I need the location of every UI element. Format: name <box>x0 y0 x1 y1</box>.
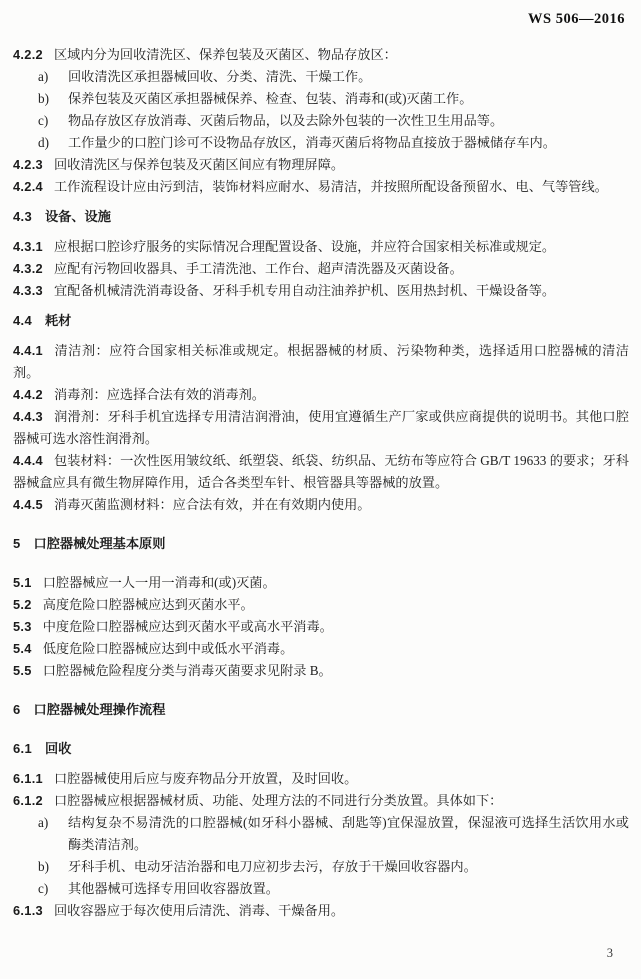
clause-text: 高度危险口腔器械应达到灭菌水平。 <box>43 597 254 612</box>
clause-number: 4.3.3 <box>13 283 43 298</box>
list-item-text: 牙科手机、电动牙洁治器和电刀应初步去污，存放于干燥回收容器内。 <box>68 859 477 874</box>
list-item-6-1-2-c: c)其他器械可选择专用回收容器放置。 <box>13 878 629 900</box>
clause-number: 4.4.4 <box>13 453 43 468</box>
clause-number: 4.4.2 <box>13 387 43 402</box>
clause-text: 消毒剂：应选择合法有效的消毒剂。 <box>54 387 265 402</box>
clause-number: 4.2.4 <box>13 179 43 194</box>
clause-text: 回收容器应于每次使用后清洗、消毒、干燥备用。 <box>54 903 344 918</box>
list-item-label: b) <box>38 88 49 110</box>
heading-text: 耗材 <box>45 313 71 328</box>
clause-text: 清洁剂：应符合国家相关标准或规定。根据器械的材质、污染物种类，选择适用口腔器械的… <box>13 343 629 380</box>
clause-text: 回收清洗区与保养包装及灭菌区间应有物理屏障。 <box>54 157 344 172</box>
clause-4-4-2: 4.4.2消毒剂：应选择合法有效的消毒剂。 <box>13 384 629 406</box>
page-number: 3 <box>607 946 613 961</box>
list-item-label: a) <box>38 812 48 834</box>
document-page: WS 506—2016 4.2.2区域内分为回收清洗区、保养包装及灭菌区、物品存… <box>0 0 641 979</box>
section-heading-4-3: 4.3设备、设施 <box>13 206 629 228</box>
list-item-text: 工作量少的口腔门诊可不设物品存放区，消毒灭菌后将物品直接放于器械储存车内。 <box>68 135 556 150</box>
clause-number: 4.3.1 <box>13 239 43 254</box>
list-item-label: d) <box>38 132 49 154</box>
clause-4-4-3: 4.4.3润滑剂：牙科手机宜选择专用清洁润滑油，使用宜遵循生产厂家或供应商提供的… <box>13 406 629 450</box>
heading-number: 6.1 <box>13 741 32 756</box>
list-item-4-2-2-c: c)物品存放区存放消毒、灭菌后物品，以及去除外包装的一次性卫生用品等。 <box>13 110 629 132</box>
list-item-label: b) <box>38 856 49 878</box>
clause-4-4-5: 4.4.5消毒灭菌监测材料：应合法有效，并在有效期内使用。 <box>13 494 629 516</box>
section-heading-6-1: 6.1回收 <box>13 738 629 760</box>
clause-5-3: 5.3中度危险口腔器械应达到灭菌水平或高水平消毒。 <box>13 616 629 638</box>
clause-number: 4.3.2 <box>13 261 43 276</box>
clause-text: 口腔器械应一人一用一消毒和(或)灭菌。 <box>43 575 276 590</box>
clause-text: 口腔器械使用后应与废弃物品分开放置，及时回收。 <box>54 771 357 786</box>
clause-4-4-4: 4.4.4包装材料：一次性医用皱纹纸、纸塑袋、纸袋、纺织品、无纺布等应符合 GB… <box>13 450 629 494</box>
list-item-text: 结构复杂不易清洗的口腔器械(如牙科小器械、刮匙等)宜保湿放置，保湿液可选择生活饮… <box>68 815 629 852</box>
heading-text: 口腔器械处理操作流程 <box>34 702 166 717</box>
clause-number: 5.3 <box>13 619 32 634</box>
clause-text: 润滑剂：牙科手机宜选择专用清洁润滑油，使用宜遵循生产厂家或供应商提供的说明书。其… <box>13 409 629 446</box>
clause-4-2-2: 4.2.2区域内分为回收清洗区、保养包装及灭菌区、物品存放区： <box>13 44 629 66</box>
list-item-4-2-2-d: d)工作量少的口腔门诊可不设物品存放区，消毒灭菌后将物品直接放于器械储存车内。 <box>13 132 629 154</box>
list-item-text: 回收清洗区承担器械回收、分类、清洗、干燥工作。 <box>68 69 371 84</box>
clause-6-1-1: 6.1.1口腔器械使用后应与废弃物品分开放置，及时回收。 <box>13 768 629 790</box>
clause-text: 宜配备机械清洗消毒设备、牙科手机专用自动注油养护机、医用热封机、干燥设备等。 <box>54 283 555 298</box>
clause-6-1-2: 6.1.2口腔器械应根据器械材质、功能、处理方法的不同进行分类放置。具体如下： <box>13 790 629 812</box>
chapter-heading-6: 6口腔器械处理操作流程 <box>13 699 629 721</box>
clause-5-4: 5.4低度危险口腔器械应达到中或低水平消毒。 <box>13 638 629 660</box>
list-item-label: c) <box>38 878 48 900</box>
list-item-text: 物品存放区存放消毒、灭菌后物品，以及去除外包装的一次性卫生用品等。 <box>68 113 503 128</box>
clause-text: 应根据口腔诊疗服务的实际情况合理配置设备、设施，并应符合国家相关标准或规定。 <box>54 239 555 254</box>
clause-text: 应配有污物回收器具、手工清洗池、工作台、超声清洗器及灭菌设备。 <box>54 261 463 276</box>
clause-5-1: 5.1口腔器械应一人一用一消毒和(或)灭菌。 <box>13 572 629 594</box>
clause-text: 中度危险口腔器械应达到灭菌水平或高水平消毒。 <box>43 619 333 634</box>
heading-number: 5 <box>13 536 21 551</box>
clause-5-5: 5.5口腔器械危险程度分类与消毒灭菌要求见附录 B。 <box>13 660 629 682</box>
clause-text: 消毒灭菌监测材料：应合法有效，并在有效期内使用。 <box>54 497 371 512</box>
clause-4-2-3: 4.2.3回收清洗区与保养包装及灭菌区间应有物理屏障。 <box>13 154 629 176</box>
heading-text: 口腔器械处理基本原则 <box>34 536 166 551</box>
clause-4-3-1: 4.3.1应根据口腔诊疗服务的实际情况合理配置设备、设施，并应符合国家相关标准或… <box>13 236 629 258</box>
list-item-label: a) <box>38 66 48 88</box>
clause-text: 低度危险口腔器械应达到中或低水平消毒。 <box>43 641 294 656</box>
clause-5-2: 5.2高度危险口腔器械应达到灭菌水平。 <box>13 594 629 616</box>
clause-number: 4.2.2 <box>13 47 43 62</box>
chapter-heading-5: 5口腔器械处理基本原则 <box>13 533 629 555</box>
clause-4-3-2: 4.3.2应配有污物回收器具、手工清洗池、工作台、超声清洗器及灭菌设备。 <box>13 258 629 280</box>
clause-6-1-3: 6.1.3回收容器应于每次使用后清洗、消毒、干燥备用。 <box>13 900 629 922</box>
clause-number: 6.1.2 <box>13 793 43 808</box>
clause-text: 口腔器械危险程度分类与消毒灭菌要求见附录 B。 <box>43 663 332 678</box>
list-item-4-2-2-b: b)保养包装及灭菌区承担器械保养、检查、包装、消毒和(或)灭菌工作。 <box>13 88 629 110</box>
heading-number: 4.4 <box>13 313 32 328</box>
list-item-6-1-2-b: b)牙科手机、电动牙洁治器和电刀应初步去污，存放于干燥回收容器内。 <box>13 856 629 878</box>
heading-text: 设备、设施 <box>45 209 111 224</box>
clause-number: 5.2 <box>13 597 32 612</box>
clause-number: 5.4 <box>13 641 32 656</box>
clause-number: 4.4.5 <box>13 497 43 512</box>
clause-4-3-3: 4.3.3宜配备机械清洗消毒设备、牙科手机专用自动注油养护机、医用热封机、干燥设… <box>13 280 629 302</box>
list-item-label: c) <box>38 110 48 132</box>
clause-text: 工作流程设计应由污到洁，装饰材料应耐水、易清洁，并按照所配设备预留水、电、气等管… <box>54 179 608 194</box>
heading-number: 4.3 <box>13 209 32 224</box>
clause-number: 6.1.1 <box>13 771 43 786</box>
list-item-4-2-2-a: a)回收清洗区承担器械回收、分类、清洗、干燥工作。 <box>13 66 629 88</box>
clause-4-2-4: 4.2.4工作流程设计应由污到洁，装饰材料应耐水、易清洁，并按照所配设备预留水、… <box>13 176 629 198</box>
section-heading-4-4: 4.4耗材 <box>13 310 629 332</box>
clause-text: 区域内分为回收清洗区、保养包装及灭菌区、物品存放区： <box>54 47 397 62</box>
standard-number: WS 506—2016 <box>528 11 625 28</box>
clause-number: 5.1 <box>13 575 32 590</box>
heading-text: 回收 <box>45 741 71 756</box>
clause-number: 6.1.3 <box>13 903 43 918</box>
list-item-6-1-2-a: a)结构复杂不易清洗的口腔器械(如牙科小器械、刮匙等)宜保湿放置，保湿液可选择生… <box>13 812 629 856</box>
clause-number: 4.4.3 <box>13 409 43 424</box>
document-body: 4.2.2区域内分为回收清洗区、保养包装及灭菌区、物品存放区： a)回收清洗区承… <box>13 44 629 922</box>
clause-text: 口腔器械应根据器械材质、功能、处理方法的不同进行分类放置。具体如下： <box>54 793 502 808</box>
clause-text: 包装材料：一次性医用皱纹纸、纸塑袋、纸袋、纺织品、无纺布等应符合 GB/T 19… <box>13 453 629 490</box>
clause-4-4-1: 4.4.1清洁剂：应符合国家相关标准或规定。根据器械的材质、污染物种类，选择适用… <box>13 340 629 384</box>
clause-number: 5.5 <box>13 663 32 678</box>
heading-number: 6 <box>13 702 21 717</box>
clause-number: 4.2.3 <box>13 157 43 172</box>
list-item-text: 其他器械可选择专用回收容器放置。 <box>68 881 279 896</box>
list-item-text: 保养包装及灭菌区承担器械保养、检查、包装、消毒和(或)灭菌工作。 <box>68 91 472 106</box>
clause-number: 4.4.1 <box>13 343 43 358</box>
